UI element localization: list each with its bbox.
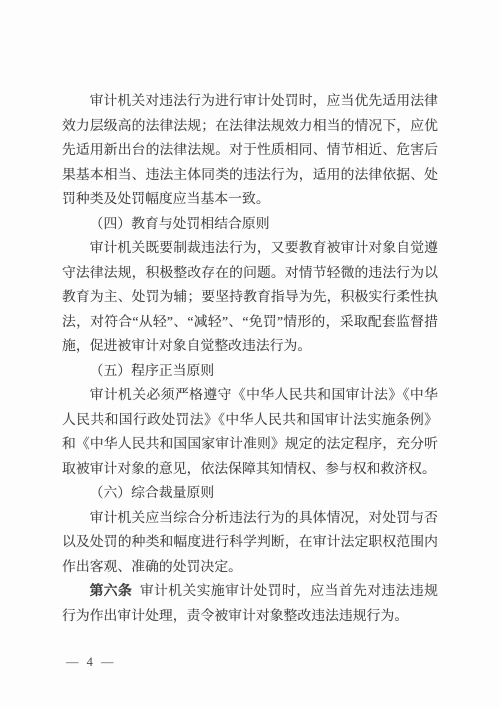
document-page: 审计机关对违法行为进行审计处罚时，应当优先适用法律效力层级高的法律法规；在法律法… [0, 0, 500, 707]
document-body: 审计机关对违法行为进行审计处罚时，应当优先适用法律效力层级高的法律法规；在法律法… [62, 89, 438, 628]
section-heading-5: （五）程序正当原则 [62, 359, 438, 384]
article-number: 第六条 [90, 583, 133, 598]
paragraph: 审计机关应当综合分析违法行为的具体情况，对处罚与否以及处罚的种类和幅度进行科学判… [62, 506, 438, 580]
paragraph: 审计机关对违法行为进行审计处罚时，应当优先适用法律效力层级高的法律法规；在法律法… [62, 89, 438, 212]
page-number: — 4 — [66, 654, 116, 670]
paragraph: 审计机关既要制裁违法行为，又要教育被审计对象自觉遵守法律法规，积极整改存在的问题… [62, 236, 438, 359]
section-heading-6: （六）综合裁量原则 [62, 481, 438, 506]
paragraph: 审计机关必须严格遵守《中华人民共和国审计法》《中华人民共和国行政处罚法》《中华人… [62, 383, 438, 481]
section-heading-4: （四）教育与处罚相结合原则 [62, 212, 438, 237]
paragraph-article-6: 第六条审计机关实施审计处罚时，应当首先对违法违规行为作出审计处理，责令被审计对象… [62, 579, 438, 628]
